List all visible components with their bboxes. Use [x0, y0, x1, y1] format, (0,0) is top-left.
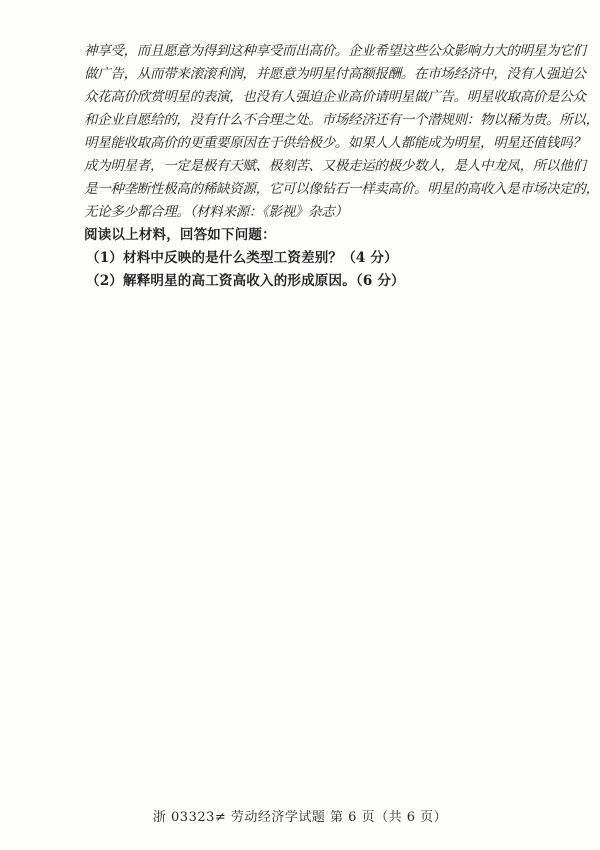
document-page: 神享受，而且愿意为得到这种享受而出高价。企业希望这些公众影响力大的明星为它们 做… [0, 0, 600, 850]
material-line: 无论多少都合理。（材料来源：《影视》杂志） [84, 201, 562, 224]
material-line: 和企业自愿给的，没有什么不合理之处。市场经济还有一个潜规则：物以稀为贵。所以， [84, 109, 562, 132]
question-2: （2）解释明星的高工资高收入的形成原因。（6 分） [84, 270, 562, 293]
material-line: 成为明星者，一定是极有天赋、极刻苦、又极走运的极少数人，是人中龙凤，所以他们 [84, 155, 562, 178]
page-footer: 浙 03323≠ 劳动经济学试题 第 6 页（共 6 页） [0, 806, 600, 825]
question-1: （1）材料中反映的是什么类型工资差别？（4 分） [84, 247, 562, 270]
material-line: 是一种垄断性极高的稀缺资源，它可以像钻石一样卖高价。明星的高收入是市场决定的， [84, 178, 562, 201]
material-line: 做广告，从而带来滚滚利润，并愿意为明星付高额报酬。在市场经济中，没有人强迫公 [84, 63, 562, 86]
material-line: 众花高价欣赏明星的表演，也没有人强迫企业高价请明星做广告。明星收取高价是公众 [84, 86, 562, 109]
exam-text-block: 神享受，而且愿意为得到这种享受而出高价。企业希望这些公众影响力大的明星为它们 做… [84, 40, 562, 293]
reading-prompt: 阅读以上材料，回答如下问题： [84, 224, 562, 247]
material-line: 神享受，而且愿意为得到这种享受而出高价。企业希望这些公众影响力大的明星为它们 [84, 40, 562, 63]
material-line: 明星能收取高价的更重要原因在于供给极少。如果人人都能成为明星，明星还值钱吗？ [84, 132, 562, 155]
